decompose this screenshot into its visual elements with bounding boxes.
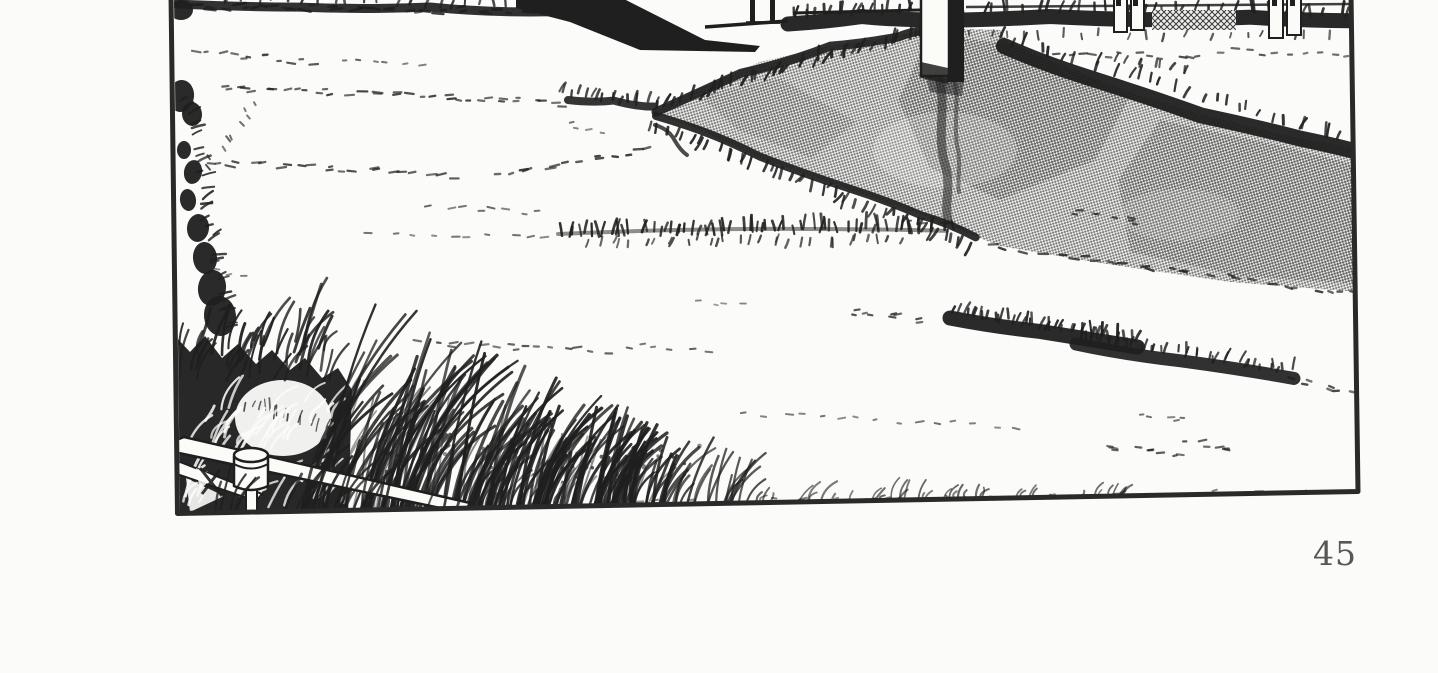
illustration-panel [0,0,1438,673]
panel-content [0,0,1438,673]
page-number: 45 [1300,534,1370,573]
bridge-shadow-hatch [1152,10,1236,30]
panel-artwork [0,0,1438,673]
scanned-page: 45 [0,0,1438,673]
bridge-pier [921,0,964,84]
